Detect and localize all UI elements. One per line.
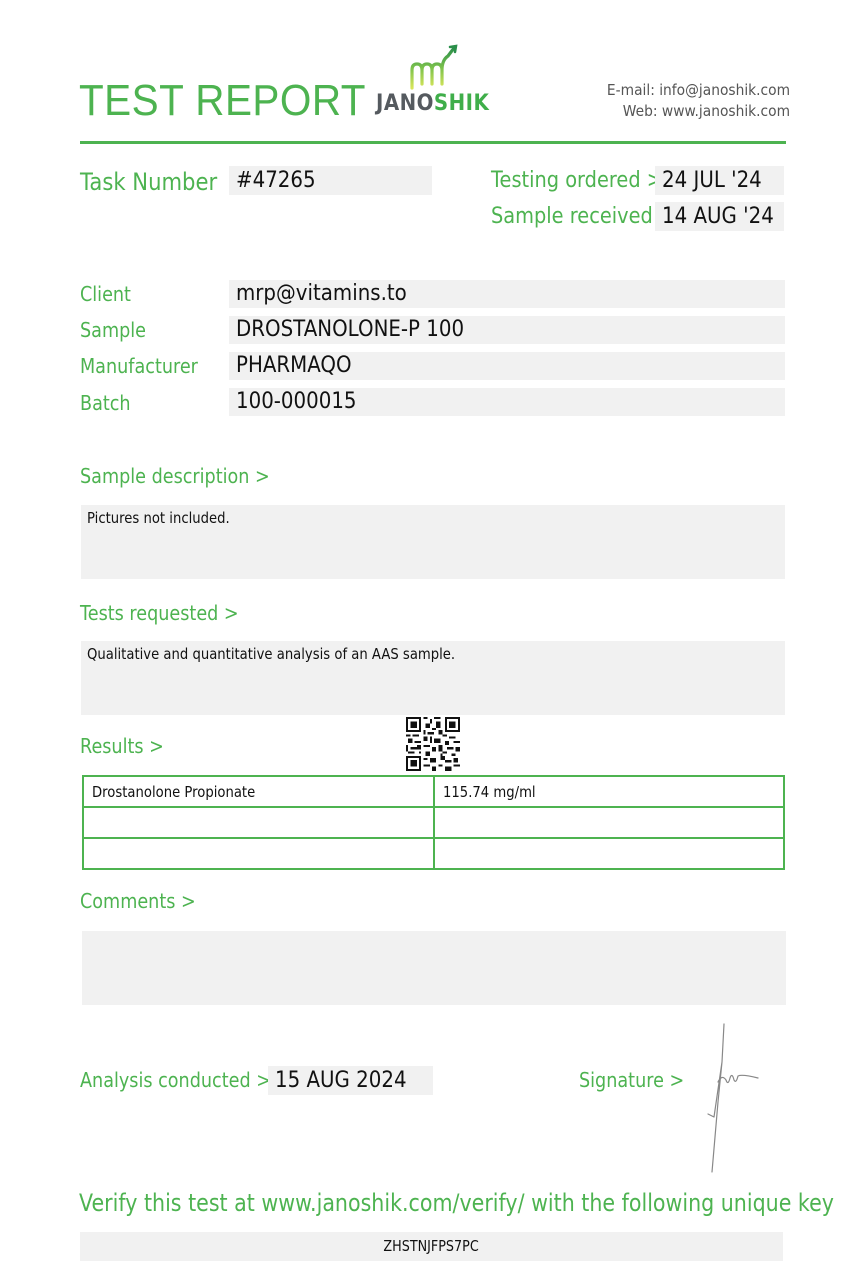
result-amount: 115.74 mg/ml bbox=[434, 776, 785, 807]
qr-code-icon[interactable] bbox=[405, 717, 461, 771]
batch-label: Batch bbox=[80, 391, 131, 415]
tests-requested-label: Tests requested > bbox=[80, 601, 239, 625]
contact-info: E-mail: info@janoshik.com Web: www.janos… bbox=[607, 80, 790, 122]
sample-received-label: Sample received > bbox=[491, 204, 675, 229]
results-table: Drostanolone Propionate 115.74 mg/ml bbox=[82, 775, 785, 870]
signature-icon bbox=[700, 1022, 770, 1177]
results-label: Results > bbox=[80, 734, 164, 758]
result-compound bbox=[83, 838, 434, 869]
result-amount bbox=[434, 838, 785, 869]
page-title: TEST REPORT bbox=[79, 76, 366, 126]
chart-bars-logo-icon bbox=[372, 44, 496, 92]
manufacturer-label: Manufacturer bbox=[80, 354, 198, 378]
task-number-field: #47265 bbox=[229, 166, 432, 195]
manufacturer-field: PHARMAQO bbox=[229, 352, 785, 380]
sample-description-box: Pictures not included. bbox=[81, 505, 785, 579]
tests-requested-box: Qualitative and quantitative analysis of… bbox=[81, 641, 785, 715]
testing-ordered-field: 24 JUL '24 bbox=[655, 166, 784, 195]
signature-label: Signature > bbox=[579, 1068, 684, 1092]
sample-description-label: Sample description > bbox=[80, 464, 270, 488]
verification-key: ZHSTNJFPS7PC bbox=[80, 1232, 783, 1261]
result-compound bbox=[83, 807, 434, 838]
comments-box bbox=[82, 931, 786, 1005]
header-divider bbox=[80, 141, 786, 144]
table-row bbox=[83, 807, 784, 838]
analysis-conducted-label: Analysis conducted > bbox=[80, 1068, 271, 1092]
result-compound: Drostanolone Propionate bbox=[83, 776, 434, 807]
contact-web[interactable]: Web: www.janoshik.com bbox=[607, 101, 790, 122]
verify-instructions: Verify this test at www.janoshik.com/ver… bbox=[79, 1189, 834, 1217]
sample-label: Sample bbox=[80, 318, 146, 342]
client-field: mrp@vitamins.to bbox=[229, 280, 785, 308]
janoshik-logo: JANOSHIK bbox=[372, 44, 496, 120]
analysis-conducted-field: 15 AUG 2024 bbox=[268, 1066, 433, 1095]
batch-field: 100-000015 bbox=[229, 388, 785, 416]
comments-label: Comments > bbox=[80, 889, 196, 913]
testing-ordered-label: Testing ordered > bbox=[491, 168, 663, 193]
task-number-label: Task Number bbox=[80, 168, 217, 196]
client-label: Client bbox=[80, 282, 131, 306]
sample-received-field: 14 AUG '24 bbox=[655, 202, 784, 231]
contact-email[interactable]: E-mail: info@janoshik.com bbox=[607, 80, 790, 101]
sample-field: DROSTANOLONE-P 100 bbox=[229, 316, 785, 344]
table-row: Drostanolone Propionate 115.74 mg/ml bbox=[83, 776, 784, 807]
result-amount bbox=[434, 807, 785, 838]
logo-wordmark: JANOSHIK bbox=[376, 91, 489, 116]
table-row bbox=[83, 838, 784, 869]
